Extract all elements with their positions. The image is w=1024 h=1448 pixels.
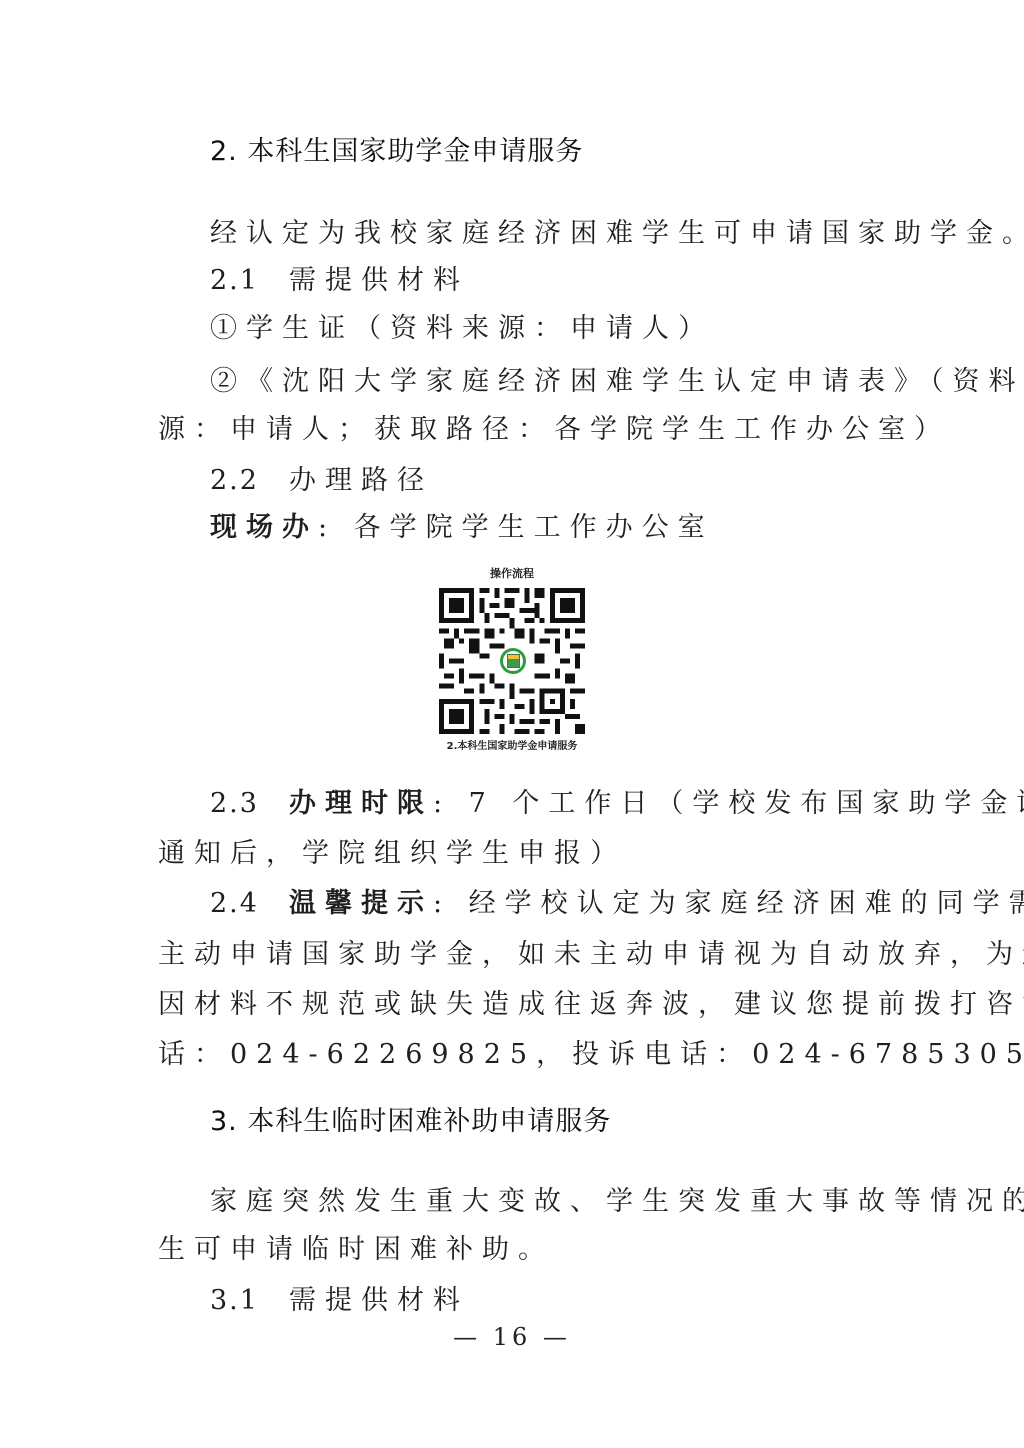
subsection-2-4-line-3: 因材料不规范或缺失造成往返奔波，建议您提前拨打咨询电	[158, 987, 870, 1023]
subsection-number: 2.1	[210, 265, 259, 296]
processing-time-value: : 7 个工作日（学校发布国家助学金评审	[433, 788, 1024, 819]
material-item-1: ①学生证（资料来源：申请人）	[210, 311, 870, 347]
subsection-number: 2.2	[210, 465, 259, 496]
subsection-2-3-line-2: 通知后，学院组织学生申报）	[158, 836, 870, 872]
section-2-heading: 2. 本科生国家助学金申请服务	[210, 134, 583, 170]
qr-caption-top: 操作流程	[420, 566, 604, 582]
processing-time-label: 办理时限	[289, 788, 433, 819]
subsection-2-2-heading: 2.2办理路径	[210, 463, 870, 499]
section-3-heading: 3. 本科生临时困难补助申请服务	[210, 1104, 611, 1140]
subsection-number: 2.3	[210, 788, 259, 819]
tips-text: : 经学校认定为家庭经济困难的同学需	[433, 888, 1024, 919]
section-3-intro-line-2: 生可申请临时困难补助。	[158, 1232, 870, 1268]
onsite-label: 现场办	[210, 512, 318, 543]
subsection-number: 3.1	[210, 1285, 259, 1316]
subsection-2-3-line-1: 2.3办理时限: 7 个工作日（学校发布国家助学金评审	[210, 786, 870, 822]
subsection-3-1-heading: 3.1需提供材料	[210, 1283, 870, 1319]
subsection-title: 需提供材料	[289, 265, 469, 296]
section-3-intro-line-1: 家庭突然发生重大变故、学生突发重大事故等情况的学	[210, 1184, 870, 1220]
onsite-processing: 现场办: 各学院学生工作办公室	[210, 510, 870, 546]
qr-code-image	[439, 588, 585, 734]
page-number: — 16 —	[0, 1322, 1024, 1352]
subsection-2-1-heading: 2.1需提供材料	[210, 263, 870, 299]
book-emblem-icon	[507, 654, 520, 668]
subsection-title: 办理路径	[289, 465, 433, 496]
subsection-title: 需提供材料	[289, 1285, 469, 1316]
subsection-2-4-line-2: 主动申请国家助学金，如未主动申请视为自动放弃，为避免	[158, 937, 870, 973]
onsite-value: : 各学院学生工作办公室	[318, 512, 714, 543]
qr-caption-bottom: 2.本科生国家助学金申请服务	[420, 740, 604, 754]
material-item-2-continued: 源：申请人；获取路径：各学院学生工作办公室）	[158, 412, 870, 448]
section-2-intro: 经认定为我校家庭经济困难学生可申请国家助学金。	[210, 216, 870, 252]
material-item-2: ②《沈阳大学家庭经济困难学生认定申请表》（资料来	[210, 364, 870, 400]
subsection-number: 2.4	[210, 888, 259, 919]
document-page: 2. 本科生国家助学金申请服务 经认定为我校家庭经济困难学生可申请国家助学金。 …	[0, 0, 1024, 1448]
subsection-2-4-line-4: 话：024-62269825，投诉电话：024-67853059。	[158, 1037, 870, 1073]
subsection-2-4-line-1: 2.4温馨提示: 经学校认定为家庭经济困难的同学需	[210, 886, 870, 922]
university-logo-icon	[500, 648, 526, 674]
tips-label: 温馨提示	[289, 888, 433, 919]
qr-code-block: 操作流程	[420, 566, 604, 754]
